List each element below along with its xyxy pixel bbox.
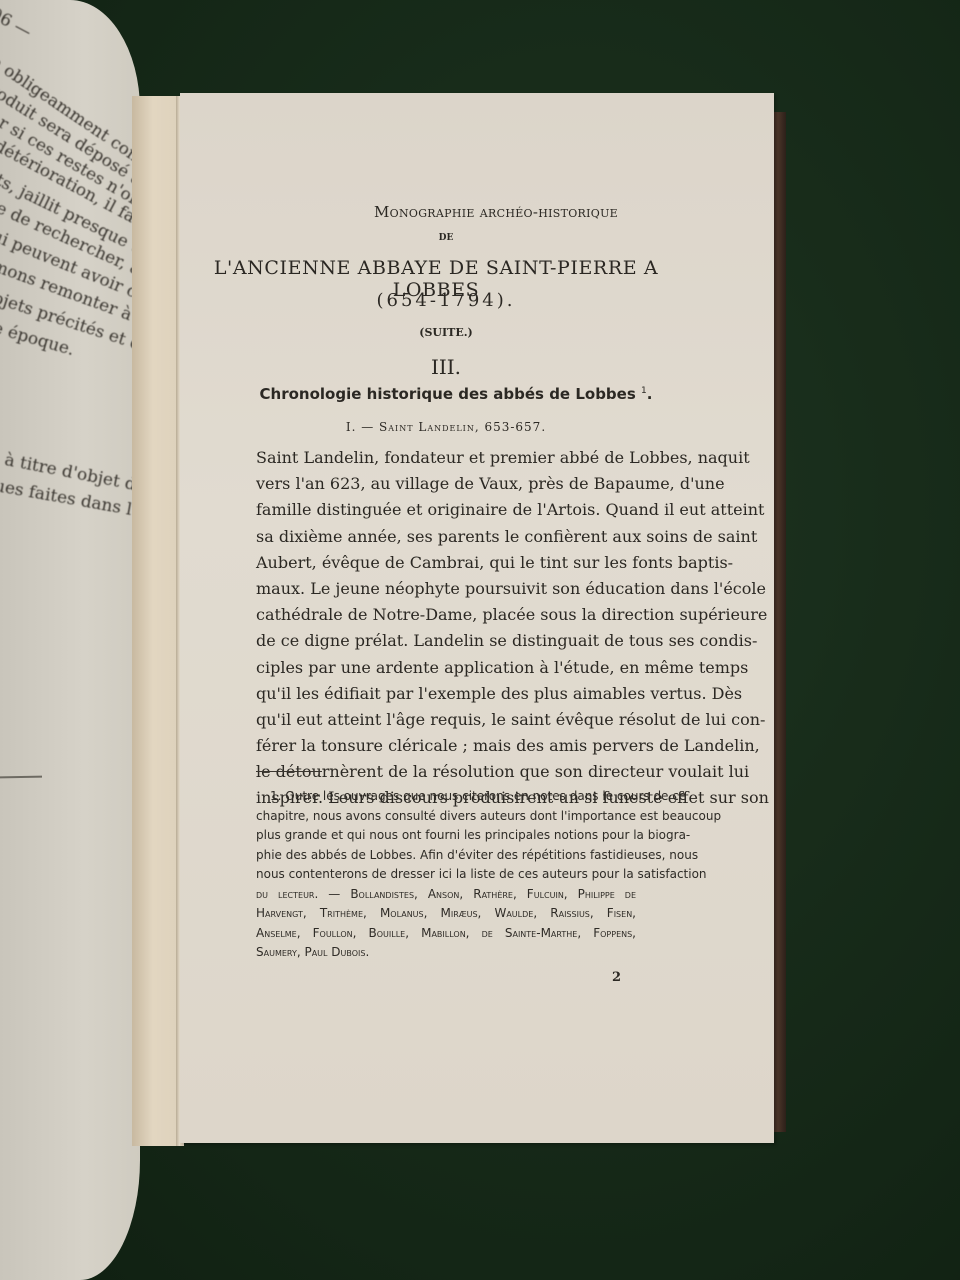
body-line: ciples par une ardente application à l'é… [256,655,636,681]
footnote-line: phie des abbés de Lobbes. Afin d'éviter … [256,846,636,866]
heading-de: DE [216,233,676,243]
body-line: de ce digne prélat. Landelin se distingu… [256,628,636,654]
section-title-text: Chronologie historique des abbés de Lobb… [260,385,636,403]
footnote-line: Saumery, Paul Dubois. [256,943,636,963]
section-number: III. [246,355,646,379]
body-line: qu'il eut atteint l'âge requis, le saint… [256,707,636,733]
footnote-line: Anselme, Foullon, Bouille, Mabillon, de … [256,924,636,944]
right-page: Monographie archéo-historique DE L'ANCIE… [180,93,774,1143]
monograph-heading: Monographie archéo-historique [256,203,736,221]
signature-mark: 2 [612,970,621,985]
section-title: Chronologie historique des abbés de Lobb… [256,385,656,403]
body-line: sa dixième année, ses parents le confièr… [256,524,636,550]
footnote-block: 1. Outre les ouvrages que nous citerons … [256,787,636,963]
body-line: famille distinguée et originaire de l'Ar… [256,497,636,523]
footnote-line: du lecteur. — Bollandistes, Anson, Rathè… [256,885,636,905]
body-line: vers l'an 623, au village de Vaux, près … [256,471,636,497]
date-range: (654-1794). [246,290,646,311]
left-page-number: 06 — [0,4,35,42]
body-line: Saint Landelin, fondateur et premier abb… [256,445,636,471]
footnote-line: Harvengt, Trithème, Molanus, Miræus, Wau… [256,904,636,924]
left-footnote-rule [0,776,42,779]
body-line: Aubert, évêque de Cambrai, qui le tint s… [256,550,636,576]
body-line: férer la tonsure cléricale ; mais des am… [256,733,636,759]
footnote-line: 1. Outre les ouvrages que nous citerons … [256,787,636,807]
body-line: cathédrale de Notre-Dame, placée sous la… [256,602,636,628]
footnote-line: nous contenterons de dresser ici la list… [256,865,636,885]
suite-label: (SUITE.) [246,326,646,339]
footnote-line: chapitre, nous avons consulté divers aut… [256,807,636,827]
body-paragraph: Saint Landelin, fondateur et premier abb… [256,445,636,812]
footnote-rule [256,771,322,772]
subsection-heading: I. — Saint Landelin, 653-657. [256,420,636,434]
body-line: le détournèrent de la résolution que son… [256,759,636,785]
body-line: qu'il les édifiait par l'exemple des plu… [256,681,636,707]
footnote-line: plus grande et qui nous ont fourni les p… [256,826,636,846]
body-line: maux. Le jeune néophyte poursuivit son é… [256,576,636,602]
left-page: 06 — a obligeamment consenti, pou roduit… [0,0,140,1280]
